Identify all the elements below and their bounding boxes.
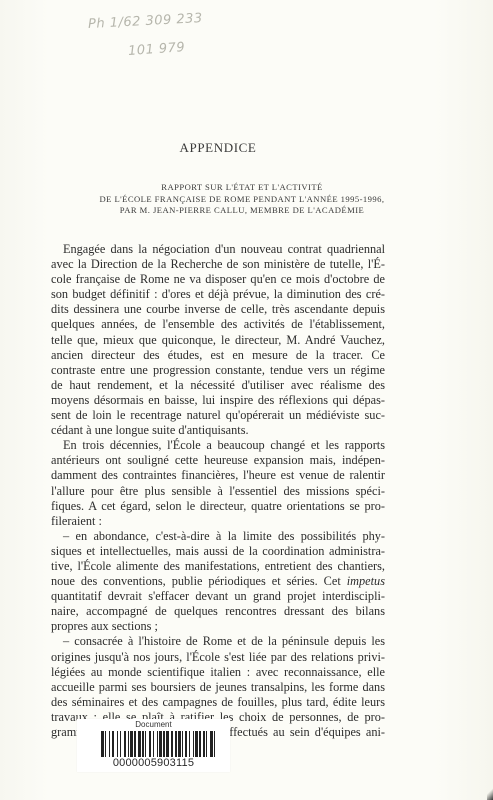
text-line: de haut rendement, et la nécessité d'uti…	[51, 378, 385, 393]
report-heading-line: DE L'ÉCOLE FRANÇAISE DE ROME PENDANT L'A…	[51, 194, 433, 206]
body-text: Engagée dans la négociation d'un nouveau…	[51, 242, 385, 740]
report-heading-line: PAR M. JEAN-PIERRE CALLU, MEMBRE DE L'AC…	[51, 205, 433, 217]
text-line: telle que, mieux que quiconque, le direc…	[51, 333, 385, 348]
barcode-number: 0000005903115	[77, 757, 230, 769]
text-line: son budget définitif : d'ores et déjà pr…	[51, 287, 385, 302]
barcode-caption: Document	[77, 720, 230, 729]
barcode-label: Document 0000005903115	[77, 719, 230, 772]
text-line: siques et intellectuelles, mais aussi de…	[51, 544, 385, 559]
scanned-page: Ph 1/62 309 233 101 979 APPENDICE RAPPOR…	[0, 0, 493, 800]
text-line: En trois décennies, l'École a beaucoup c…	[51, 438, 385, 453]
text-line: accueille parmi ses boursiers de jeunes …	[51, 680, 385, 695]
text-line: – consacrée à l'histoire de Rome et de l…	[51, 634, 385, 649]
text-line: tive, l'École alimente des manifestation…	[51, 559, 385, 574]
text-line: noue des conventions, publie périodiques…	[51, 574, 385, 589]
text-line: cole française de Rome ne va disposer qu…	[51, 272, 385, 287]
text-line: propres aux sections ;	[51, 619, 385, 634]
text-line: dits dessinera une courbe inverse de cel…	[51, 302, 385, 317]
text-line: quantitatif devrait s'effacer devant un …	[51, 589, 385, 604]
italic-term: impetus	[347, 574, 385, 588]
text-line: des séminaires et des campagnes de fouil…	[51, 695, 385, 710]
text-line: antérieurs ont souligné cette heureuse e…	[51, 453, 385, 468]
text-line: cédant à une longue suite d'antiquisants…	[51, 423, 385, 438]
handwritten-shelfmark: Ph 1/62 309 233	[88, 11, 203, 32]
text-line: – en abondance, c'est-à-dire à la limite…	[51, 529, 385, 544]
text-line: fiques. A cet égard, selon le directeur,…	[51, 499, 385, 514]
text-line: avec la Direction de la Recherche de son…	[51, 257, 385, 272]
page-title: APPENDICE	[51, 140, 385, 156]
text-line: naire, accompagné de quelques rencontres…	[51, 604, 385, 619]
text-line: sent de loin le recentrage naturel qu'op…	[51, 408, 385, 423]
report-heading-line: RAPPORT SUR L'ÉTAT ET L'ACTIVITÉ	[51, 182, 433, 194]
text-line: l'allure pour être plus sensible à l'ess…	[51, 484, 385, 499]
text-line: quelques années, de l'ensemble des activ…	[51, 317, 385, 332]
text-line: légiées au monde scientifique italien : …	[51, 665, 385, 680]
text-line: origines jusqu'à nos jours, l'École s'es…	[51, 650, 385, 665]
text-line: Engagée dans la négociation d'un nouveau…	[51, 242, 385, 257]
report-heading: RAPPORT SUR L'ÉTAT ET L'ACTIVITÉ DE L'ÉC…	[51, 182, 433, 217]
text-line: contraste entre une progression constant…	[51, 363, 385, 378]
text-line: ancien directeur des études, est en mesu…	[51, 348, 385, 363]
handwritten-number: 101 979	[128, 40, 186, 59]
barcode-icon	[101, 731, 218, 757]
text-line: fileraient :	[51, 514, 385, 529]
text-line: moyens désormais en baisse, lui inspire …	[51, 393, 385, 408]
page-corner-shadow	[487, 786, 493, 800]
text-line: damment des contraintes financières, l'h…	[51, 468, 385, 483]
